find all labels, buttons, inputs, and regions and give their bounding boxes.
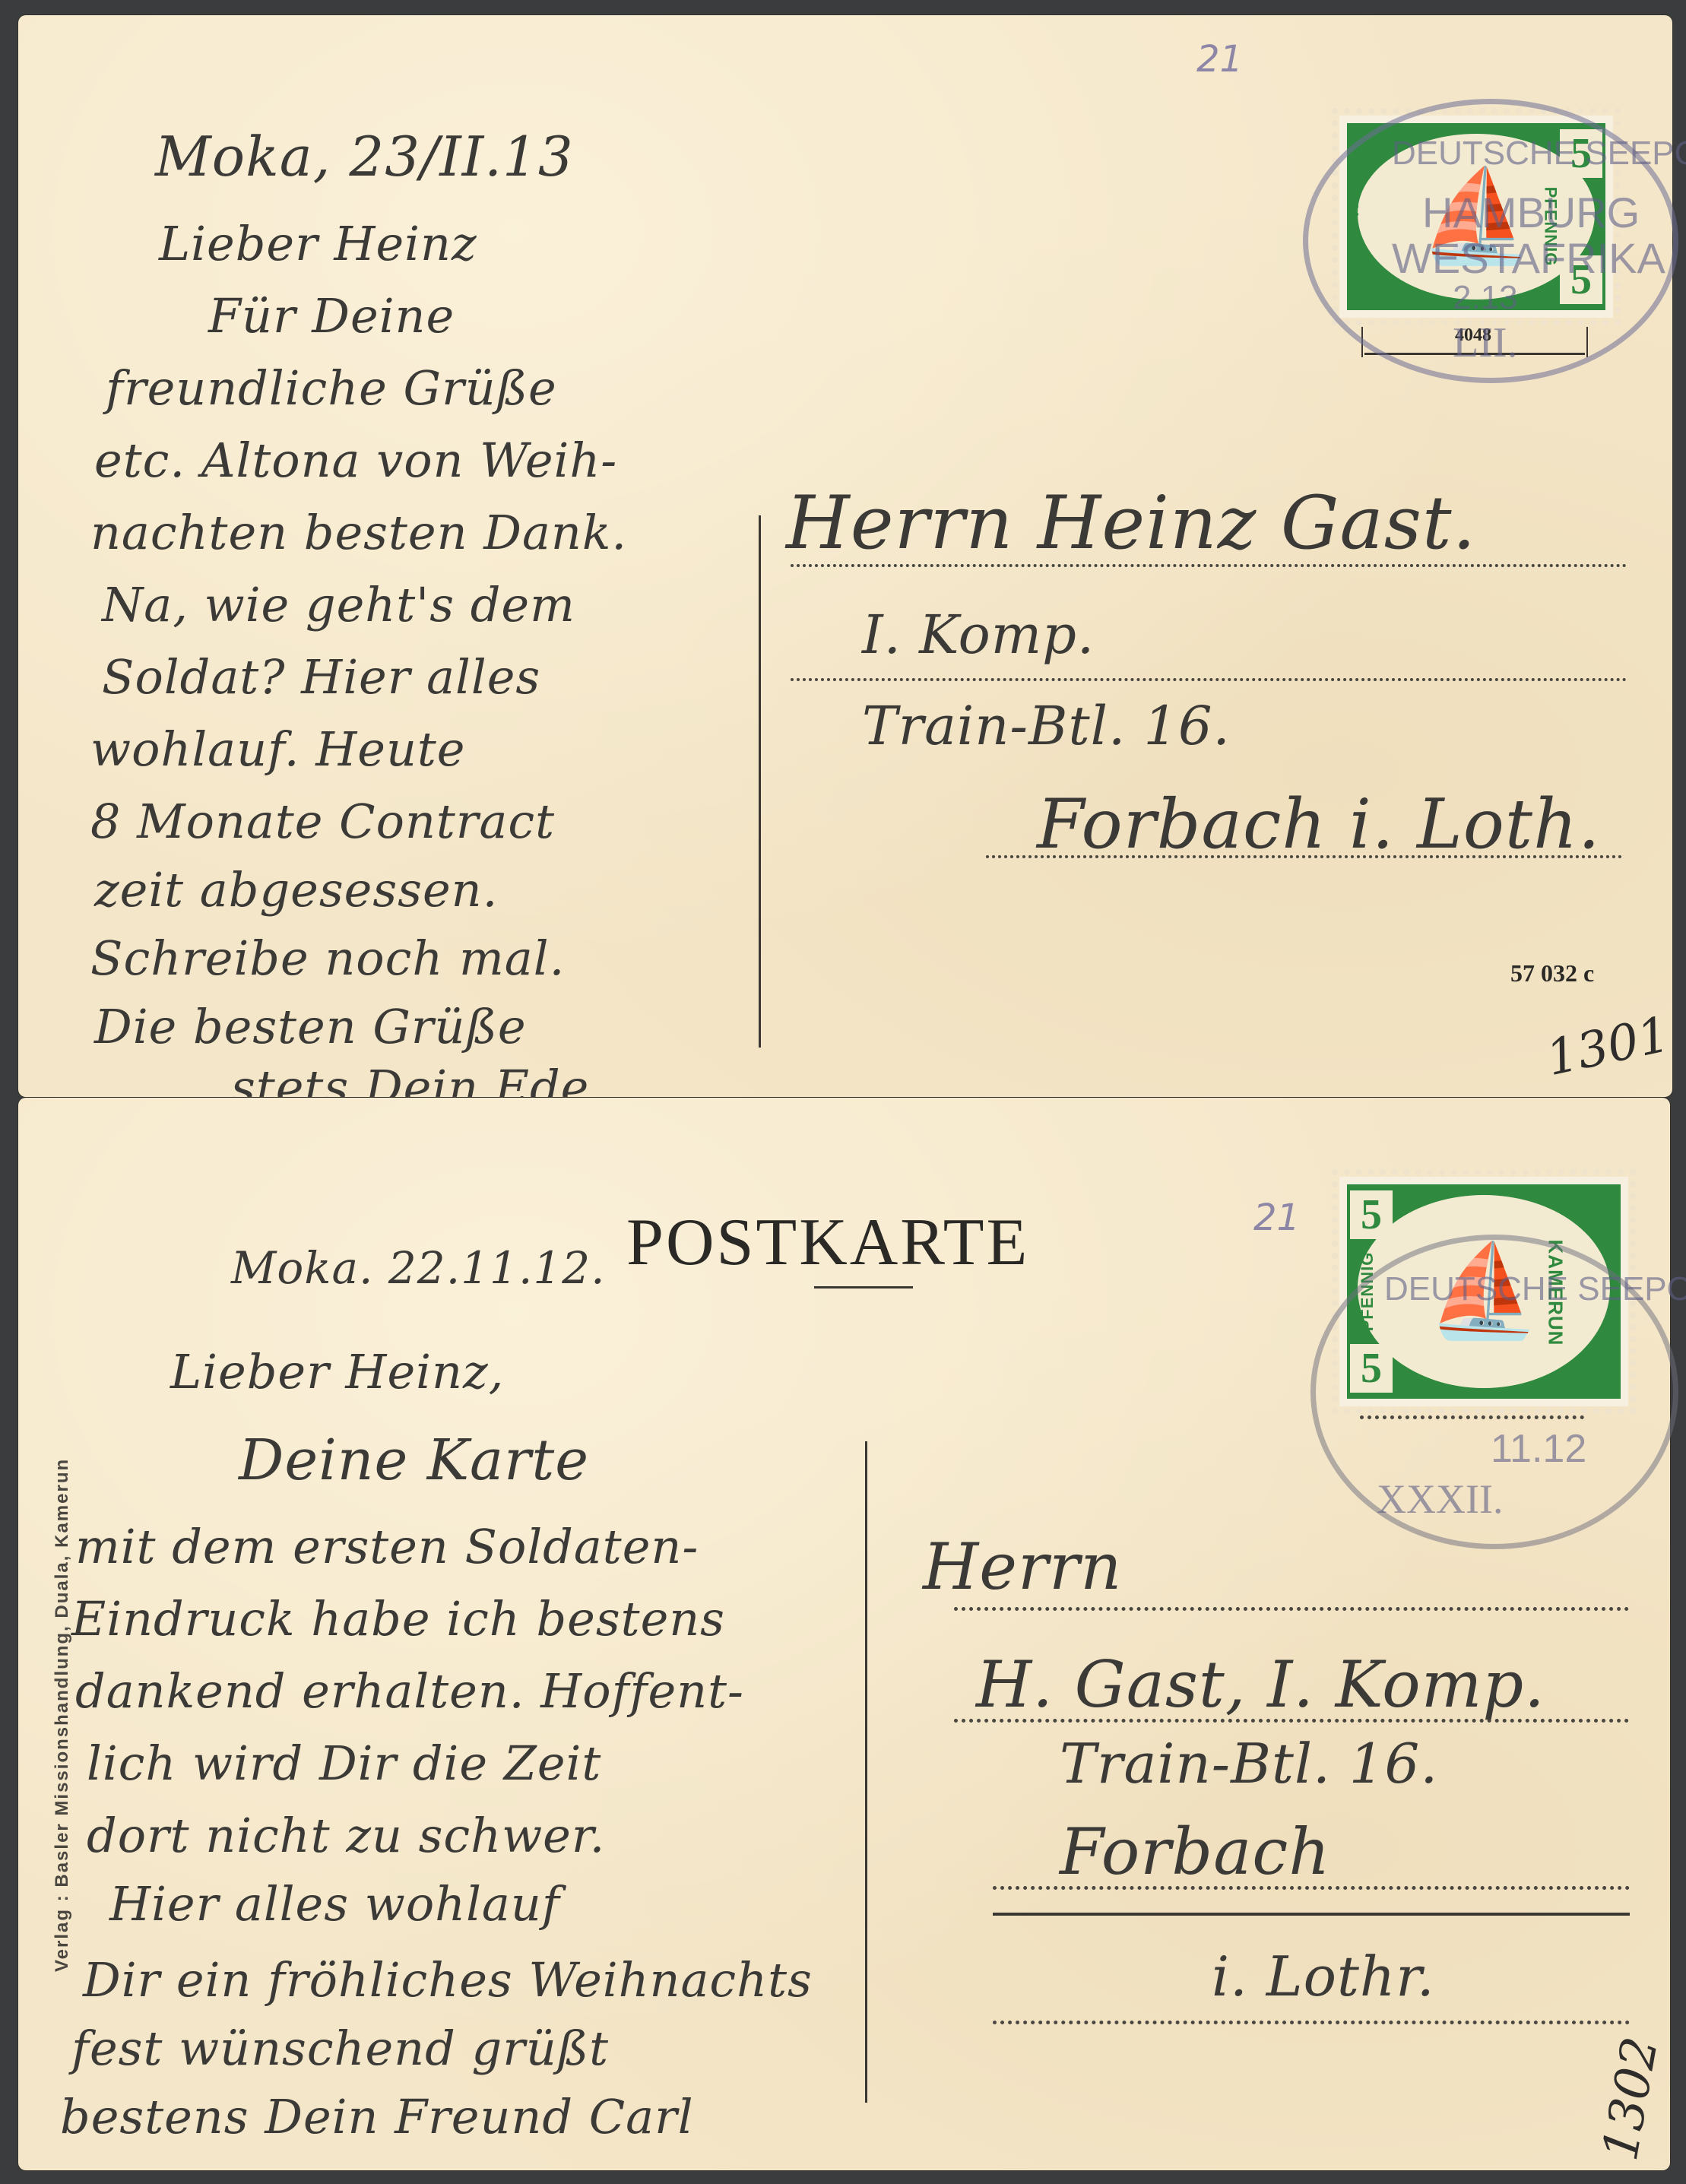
address-line: [954, 1607, 1629, 1611]
message-line: Die besten Grüße: [94, 1003, 527, 1051]
postmark: DEUTSCHE SEEPOST 11.12 XXXII.: [1310, 1235, 1678, 1549]
postcard-bottom: POSTKARTE 21 Verlag : Basler Missionshan…: [18, 1098, 1670, 2170]
message-date-line: Moka, 23/II.13: [155, 129, 574, 184]
message-line: etc. Altona von Weih-: [94, 437, 617, 484]
message-date-line: Moka. 22.11.12.: [231, 1246, 606, 1290]
message-line: zeit abgesessen.: [94, 867, 498, 914]
address-line: [791, 678, 1627, 681]
address-line-text: Train-Btl. 16.: [862, 699, 1231, 753]
message-line: fest wünschend grüßt: [71, 2025, 609, 2072]
message-line: Deine Karte: [239, 1432, 589, 1488]
date-underline: [814, 1286, 913, 1289]
postmark-date: 2.13: [1453, 279, 1518, 317]
pencil-mark: 21: [1253, 1197, 1300, 1239]
message-line: dankend erhalten. Hoffent-: [75, 1668, 744, 1715]
message-line: Für Deine: [208, 293, 455, 340]
message-line: Dir ein fröhliches Weihnachts: [83, 1957, 813, 2004]
postmark-line: HAMBURG: [1422, 188, 1640, 237]
signature: bestens Dein Freund Carl: [60, 2094, 694, 2141]
printed-code: 57 032 c: [1510, 959, 1594, 987]
postmark-arc-text: DEUTSCHE SEEPOST: [1384, 1270, 1686, 1308]
message-line: Hier alles wohlauf: [109, 1881, 560, 1928]
publisher-imprint: Verlag : Basler Missionshandlung, Duala,…: [52, 1458, 73, 1972]
address-salutation: Herrn: [923, 1535, 1122, 1599]
archive-number: 1302: [1593, 2033, 1669, 2164]
center-divider: [759, 515, 761, 1048]
message-line: Lieber Heinz: [159, 220, 477, 268]
message-line: mit dem ersten Soldaten-: [75, 1523, 699, 1571]
postmark: DEUTSCHE SEEPOST HAMBURG WESTAFRIKA 2.13…: [1303, 99, 1678, 383]
stamp-value: 5: [1350, 1190, 1393, 1239]
postmark-arc-text: DEUTSCHE SEEPOST: [1392, 135, 1686, 173]
address-recipient: Herrn Heinz Gast.: [786, 487, 1476, 559]
message-line: 8 Monate Contract: [90, 798, 555, 845]
message-line: lich wird Dir die Zeit: [87, 1740, 601, 1787]
center-divider: [865, 1441, 867, 2103]
message-line: dort nicht zu schwer.: [87, 1812, 605, 1859]
message-line: Lieber Heinz,: [170, 1349, 504, 1396]
message-line: wohlauf. Heute: [90, 726, 466, 773]
postcard-top: 21 Moka, 23/II.13 Lieber Heinz Für Deine…: [18, 15, 1672, 1097]
postcard-title: POSTKARTE: [626, 1204, 1029, 1281]
address-city: Forbach: [1060, 1820, 1330, 1884]
address-region: i. Lothr.: [1212, 1949, 1435, 2004]
message-line: Schreibe noch mal.: [90, 935, 565, 982]
address-line-text: Train-Btl. 16.: [1060, 1736, 1438, 1791]
message-line: nachten besten Dank.: [90, 509, 627, 556]
address-line: [993, 2021, 1630, 2024]
archive-number: 1301: [1542, 1006, 1675, 1087]
message-line: Na, wie geht's dem: [102, 582, 575, 629]
address-city: Forbach i. Loth.: [1037, 791, 1601, 859]
postmark-route: XXXII.: [1377, 1476, 1503, 1523]
address-recipient: H. Gast, I. Komp.: [976, 1653, 1545, 1716]
message-line: Eindruck habe ich bestens: [71, 1596, 725, 1643]
address-line-text: I. Komp.: [862, 608, 1095, 661]
message-line: Soldat? Hier alles: [102, 654, 540, 701]
address-solid-line: [993, 1913, 1630, 1916]
postmark-route: LII.: [1453, 319, 1518, 367]
pencil-mark: 21: [1196, 38, 1243, 81]
postmark-date: 11.12: [1491, 1426, 1586, 1472]
postmark-line: WESTAFRIKA: [1392, 233, 1665, 283]
message-line: freundliche Grüße: [106, 365, 557, 412]
